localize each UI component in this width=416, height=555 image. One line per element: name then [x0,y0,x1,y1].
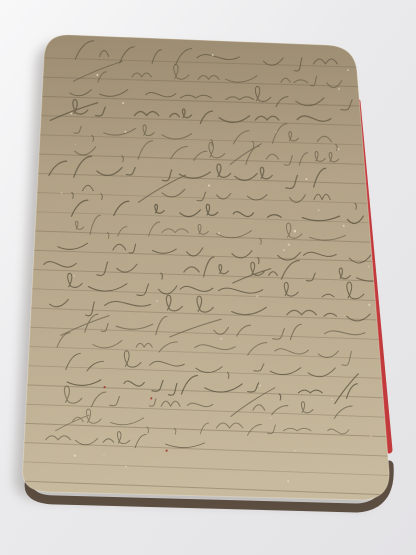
paper-grain [0,0,416,555]
photograph [0,0,416,555]
notebook-photo [0,0,416,555]
